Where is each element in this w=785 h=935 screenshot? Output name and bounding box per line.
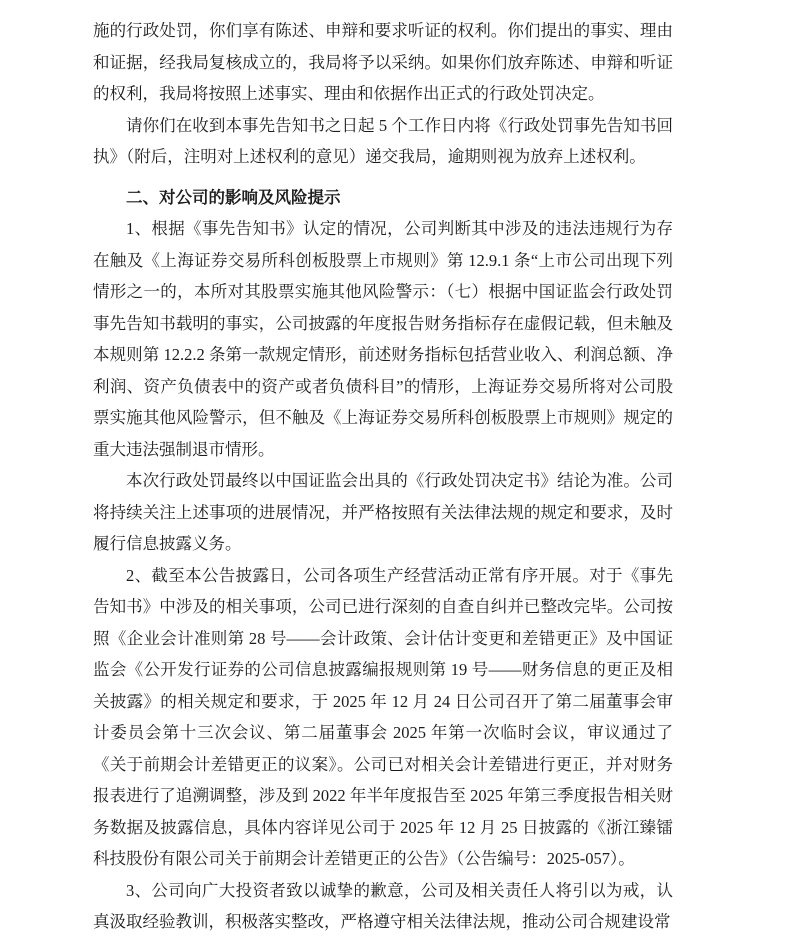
- paragraph: 2、截至本公告披露日，公司各项生产经营活动正常有序开展。对于《事先告知书》中涉及…: [93, 560, 673, 875]
- paragraph: 本次行政处罚最终以中国证监会出具的《行政处罚决定书》结论为准。公司将持续关注上述…: [93, 465, 673, 560]
- section-heading: 二、对公司的影响及风险提示: [93, 182, 673, 214]
- paragraph: 请你们在收到本事先告知书之日起 5 个工作日内将《行政处罚事先告知书回执》（附后…: [93, 110, 673, 173]
- paragraph: 3、公司向广大投资者致以诚挚的歉意，公司及相关责任人将引以为戒，认真汲取经验教训…: [93, 875, 673, 935]
- document-page: 施的行政处罚，你们享有陈述、申辩和要求听证的权利。你们提出的事实、理由和证据，经…: [0, 0, 785, 935]
- continuation-paragraph: 施的行政处罚，你们享有陈述、申辩和要求听证的权利。你们提出的事实、理由和证据，经…: [93, 15, 673, 110]
- paragraph: 1、根据《事先告知书》认定的情况，公司判断其中涉及的违法违规行为存在触及《上海证…: [93, 213, 673, 465]
- document-body: 施的行政处罚，你们享有陈述、申辩和要求听证的权利。你们提出的事实、理由和证据，经…: [93, 15, 673, 935]
